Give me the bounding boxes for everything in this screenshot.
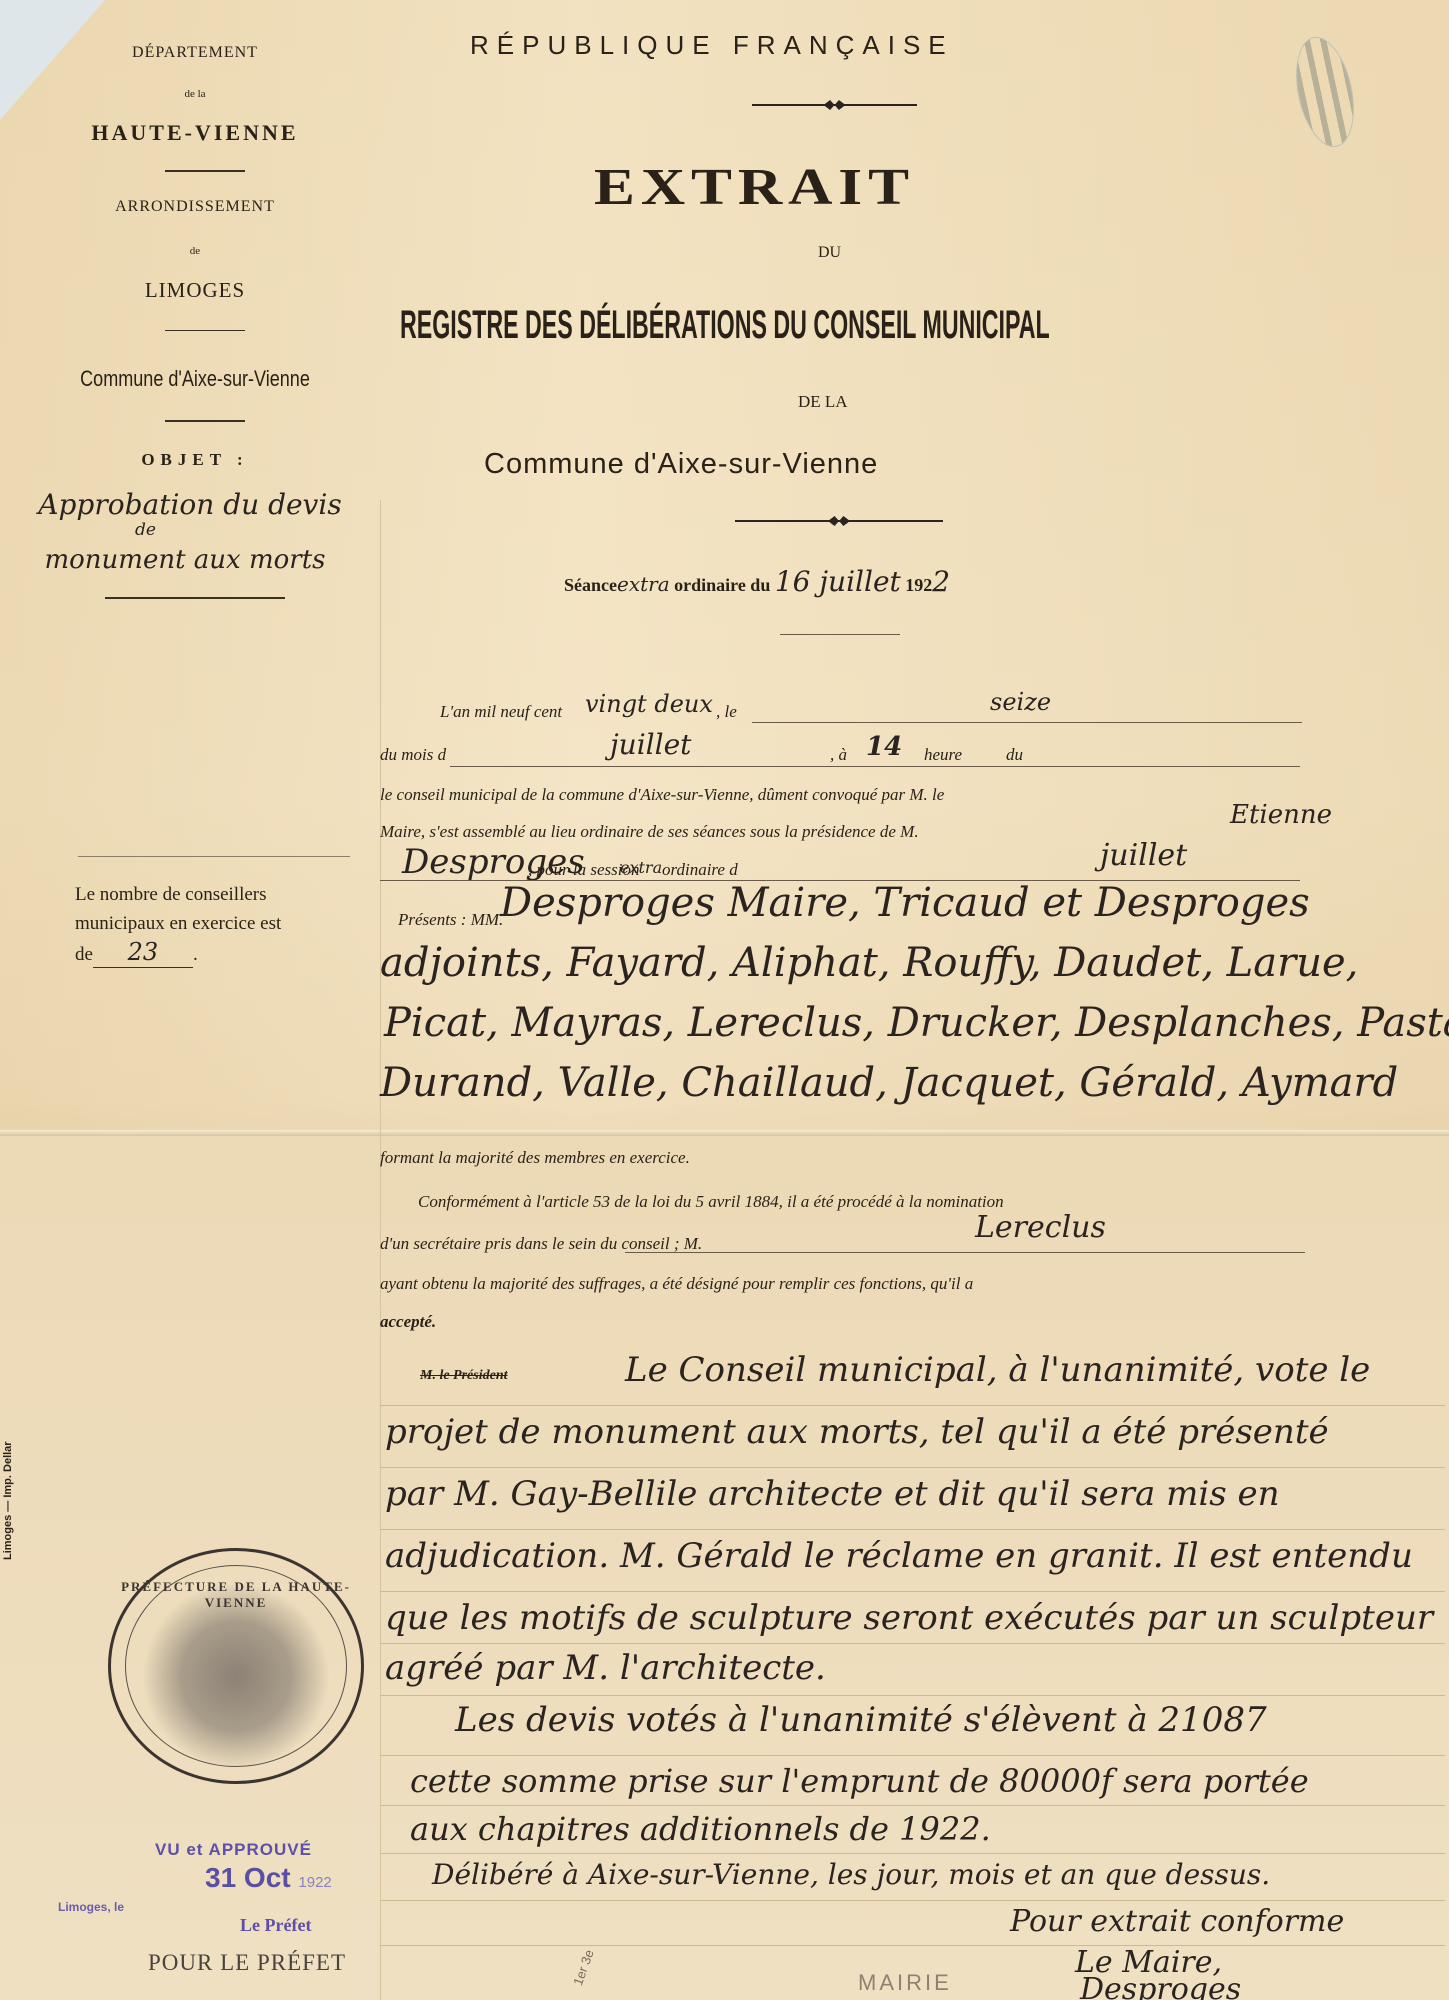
deliberation-line: que les motifs de sculpture seront exécu… xyxy=(385,1598,1433,1638)
conseillers-count: 23 xyxy=(93,938,193,968)
underline xyxy=(752,722,1302,723)
seance-type: extra xyxy=(617,572,670,596)
approval-year: 1922 xyxy=(298,1874,331,1891)
divider xyxy=(165,420,245,422)
republique-francaise: RÉPUBLIQUE FRANÇAISE xyxy=(470,30,954,61)
seance-line: Séanceextra ordinaire du 16 juillet 1922 xyxy=(564,565,950,598)
divider xyxy=(165,330,245,331)
deliberation-line: adjudication. M. Gérald le réclame en gr… xyxy=(385,1536,1413,1576)
departement-label: DÉPARTEMENT xyxy=(40,44,350,62)
mairie-stamp: MAIRIE xyxy=(858,1970,952,1996)
seance-year-printed: 192 xyxy=(905,575,932,595)
objet-handwritten-line1: Approbation du devis xyxy=(10,488,370,521)
day-handwritten: seize xyxy=(990,688,1051,716)
seance-date: 16 juillet xyxy=(775,565,901,598)
document-title: EXTRAIT xyxy=(594,158,915,217)
arrondissement-name: LIMOGES xyxy=(40,278,350,303)
preamble-line2: du mois d xyxy=(380,745,446,765)
ruled-line xyxy=(380,1467,1445,1468)
ruled-line xyxy=(380,1900,1445,1901)
presents-label: Présents : MM. xyxy=(398,910,503,930)
divider xyxy=(105,597,285,599)
ruled-line xyxy=(380,1805,1445,1806)
ruled-line xyxy=(380,1591,1445,1592)
month-handwritten: juillet xyxy=(610,728,691,761)
ordinaire-label: ordinaire d xyxy=(662,860,738,880)
year-handwritten: vingt deux xyxy=(585,690,713,718)
printer-mark: Limoges — Imp. Dellar xyxy=(2,1441,14,1560)
deliberation-line: par M. Gay-Bellile architecte et dit qu'… xyxy=(385,1474,1280,1514)
approval-date: 31 Oct xyxy=(205,1862,291,1893)
preamble-line1: L'an mil neuf cent xyxy=(440,702,562,722)
conseillers-count-block: Le nombre de conseillers municipaux en e… xyxy=(75,880,395,969)
ruled-line xyxy=(380,1405,1445,1406)
deliberation-line: aux chapitres additionnels de 1922. xyxy=(410,1810,991,1848)
de-la-label: DE LA xyxy=(798,392,848,412)
secretary-name: Lereclus xyxy=(975,1210,1106,1245)
approval-date-stamp: 31 Oct 1922 xyxy=(205,1862,332,1894)
conformement-line4: accepté. xyxy=(380,1312,436,1332)
struck-president-label: M. le Président xyxy=(420,1368,508,1384)
conformement-line1: Conformément à l'article 53 de la loi du… xyxy=(418,1192,1004,1212)
objet-handwritten-line2: monument aux morts xyxy=(5,545,365,575)
ruled-line xyxy=(380,1529,1445,1530)
de-la-label: de la xyxy=(40,88,350,100)
deliberation-line: Le Conseil municipal, à l'unanimité, vot… xyxy=(625,1350,1370,1390)
a-label: , à xyxy=(830,745,847,765)
underline xyxy=(450,766,1300,767)
ruled-line xyxy=(380,1643,1445,1644)
conseillers-text-2: municipaux en exercice est xyxy=(75,913,281,934)
session-type: extra xyxy=(620,858,662,877)
conformement-line3: ayant obtenu la majorité des suffrages, … xyxy=(380,1274,973,1294)
objet-label: OBJET : xyxy=(40,450,350,470)
deliberation-line: agréé par M. l'architecte. xyxy=(385,1648,826,1688)
du-label: DU xyxy=(818,244,841,262)
vu-approuve-stamp: VU et APPROUVÉ xyxy=(155,1840,312,1860)
pour-le-prefet-stamp: POUR LE PRÉFET xyxy=(148,1950,346,1976)
ruled-line xyxy=(380,1755,1445,1756)
divider xyxy=(165,170,245,172)
objet-handwritten-de: de xyxy=(135,520,156,540)
deliberation-line: Les devis votés à l'unanimité s'élèvent … xyxy=(455,1700,1267,1740)
ruled-line xyxy=(380,1945,1445,1946)
seal-text: PRÉFECTURE DE LA HAUTE-VIENNE xyxy=(111,1579,361,1611)
conformement-line2: d'un secrétaire pris dans le sein du con… xyxy=(380,1234,702,1254)
ruled-line xyxy=(380,1695,1445,1696)
seance-mid: ordinaire du xyxy=(674,575,770,595)
pour-extrait-conforme: Pour extrait conforme xyxy=(1010,1904,1344,1939)
ornament-divider xyxy=(735,520,943,522)
du-label: du xyxy=(1006,745,1023,765)
arrondissement-label: ARRONDISSEMENT xyxy=(40,198,350,216)
deliberation-line: projet de monument aux morts, tel qu'il … xyxy=(385,1412,1329,1452)
divider xyxy=(78,856,350,857)
presents-line: adjoints, Fayard, Aliphat, Rouffy, Daude… xyxy=(380,940,1358,986)
paper-fold-line xyxy=(0,1130,1449,1136)
conseillers-text-1: Le nombre de conseillers xyxy=(75,884,267,905)
formant-line: formant la majorité des membres en exerc… xyxy=(380,1148,690,1168)
deliberation-line: Délibéré à Aixe-sur-Vienne, les jour, mo… xyxy=(432,1858,1270,1891)
deliberation-line: cette somme prise sur l'emprunt de 80000… xyxy=(410,1762,1309,1800)
prefecture-seal: PRÉFECTURE DE LA HAUTE-VIENNE xyxy=(108,1548,364,1784)
ornament-divider xyxy=(752,104,917,106)
le-prefet-stamp: Le Préfet xyxy=(240,1915,311,1936)
underline xyxy=(625,1252,1305,1253)
ruled-line xyxy=(380,1853,1445,1854)
de-label: de xyxy=(40,245,350,257)
registre-title: REGISTRE DES DÉLIBÉRATIONS DU CONSEIL MU… xyxy=(400,303,1050,348)
vu-approuve-text: VU et APPROUVÉ xyxy=(155,1840,312,1859)
underline xyxy=(780,634,900,635)
le-label: , le xyxy=(716,702,737,722)
presents-line: Desproges Maire, Tricaud et Desproges xyxy=(500,880,1310,926)
session-month: juillet xyxy=(1100,838,1187,873)
seance-prefix: Séance xyxy=(564,575,617,595)
presents-line: Picat, Mayras, Lereclus, Drucker, Despla… xyxy=(384,1000,1449,1046)
preamble-line4: Maire, s'est assemblé au lieu ordinaire … xyxy=(380,822,919,842)
conseillers-de: de xyxy=(75,944,93,965)
maire-signature: Desproges xyxy=(1080,1972,1241,2000)
preamble-line3: le conseil municipal de la commune d'Aix… xyxy=(380,785,944,805)
heure-label: heure xyxy=(924,745,962,765)
seance-year-handwritten: 2 xyxy=(932,565,950,598)
commune-title: Commune d'Aixe-sur-Vienne xyxy=(484,448,878,481)
presents-line: Durand, Valle, Chaillaud, Jacquet, Géral… xyxy=(380,1060,1398,1106)
limoges-le-stamp: Limoges, le xyxy=(58,1900,124,1914)
commune-name: Commune d'Aixe-sur-Vienne xyxy=(68,366,322,392)
departement-name: HAUTE-VIENNE xyxy=(40,120,350,146)
president-first-name: Etienne xyxy=(1230,800,1332,830)
hour-handwritten: 14 xyxy=(866,732,902,762)
